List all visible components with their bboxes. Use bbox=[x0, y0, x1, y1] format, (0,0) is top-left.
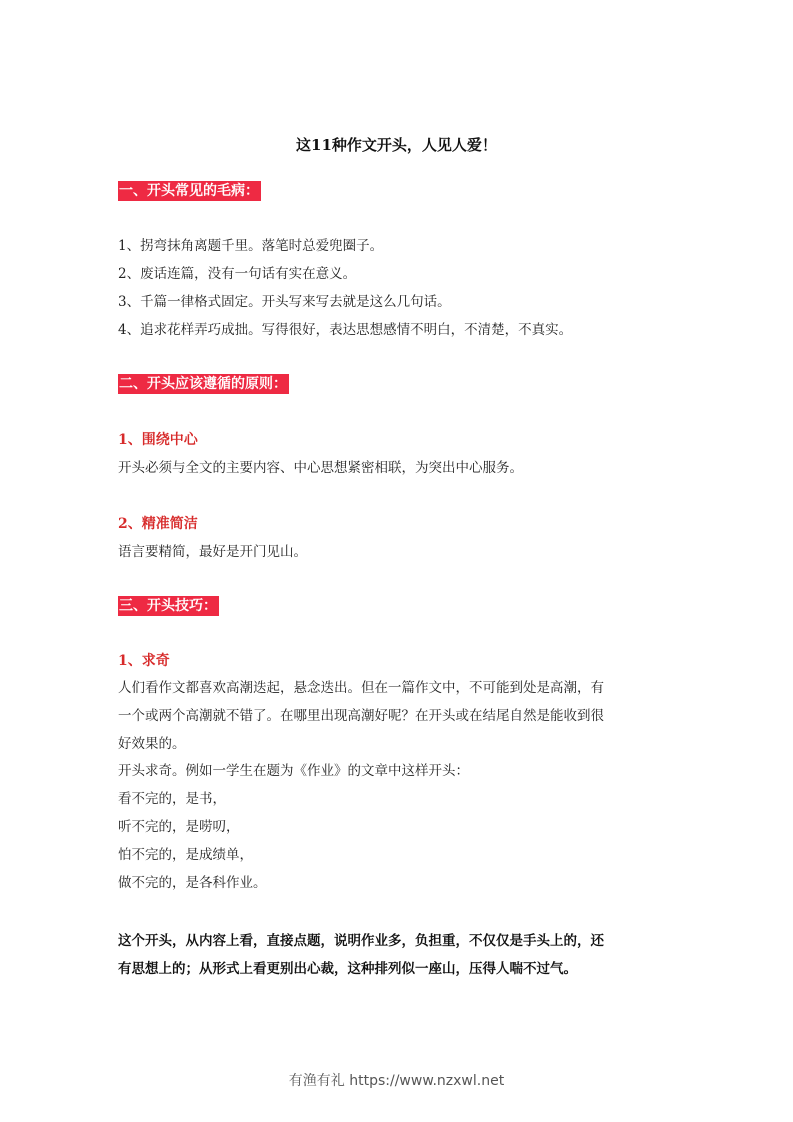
paragraph-line: 一个或两个高潮就不错了。在哪里出现高潮好呢？在开头或在结尾自然是能收到很 bbox=[118, 706, 604, 726]
section-heading-principles: 二、开头应该遵循的原则： bbox=[118, 374, 289, 394]
example-line: 听不完的，是唠叨， bbox=[118, 817, 240, 837]
list-item: 4、追求花样弄巧成拙。写得很好，表达思想感情不明白，不清楚，不真实。 bbox=[118, 320, 572, 340]
subheading-seek-novelty: 1、求奇 bbox=[118, 651, 170, 671]
example-line: 做不完的，是各科作业。 bbox=[118, 873, 267, 893]
list-item: 2、废话连篇，没有一句话有实在意义。 bbox=[118, 264, 356, 284]
list-item: 3、千篇一律格式固定。开头写来写去就是这么几句话。 bbox=[118, 292, 451, 312]
paragraph-line: 好效果的。 bbox=[118, 734, 186, 754]
section-heading-techniques: 三、开头技巧： bbox=[118, 596, 219, 616]
comment-line: 这个开头，从内容上看，直接点题，说明作业多，负担重，不仅仅是手头上的，还 bbox=[118, 931, 604, 951]
subheading-focus-center: 1、围绕中心 bbox=[118, 430, 198, 450]
comment-line: 有思想上的；从形式上看更别出心裁，这种排列似一座山，压得人喘不过气。 bbox=[118, 959, 577, 979]
paragraph-line: 人们看作文都喜欢高潮迭起，悬念迭出。但在一篇作文中，不可能到处是高潮，有 bbox=[118, 678, 604, 698]
footer-watermark: 有渔有礼 https://www.nzxwl.net bbox=[0, 1070, 793, 1090]
paragraph: 语言要精简，最好是开门见山。 bbox=[118, 542, 307, 562]
example-line: 怕不完的，是成绩单， bbox=[118, 845, 253, 865]
subheading-concise: 2、精准简洁 bbox=[118, 514, 198, 534]
list-item: 1、拐弯抹角离题千里。落笔时总爱兜圈子。 bbox=[118, 236, 383, 256]
paragraph: 开头必须与全文的主要内容、中心思想紧密相联，为突出中心服务。 bbox=[118, 458, 523, 478]
paragraph-line: 开头求奇。例如一学生在题为《作业》的文章中这样开头： bbox=[118, 761, 469, 781]
example-line: 看不完的，是书， bbox=[118, 789, 226, 809]
document-title: 这11种作文开头，人见人爱！ bbox=[0, 134, 793, 155]
section-heading-common-problems: 一、开头常见的毛病： bbox=[118, 181, 261, 201]
